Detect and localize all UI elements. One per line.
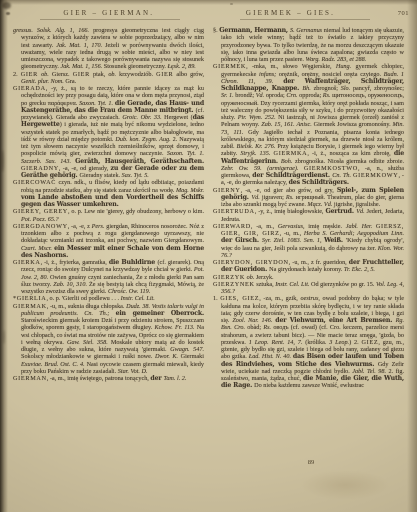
text-segment: Pir. Wym. 252.: [238, 114, 278, 121]
scan-artifact: [1, 150, 4, 172]
text-segment: der Girsch.: [221, 237, 262, 244]
text-segment: Gaw. Siel. 358.: [67, 339, 111, 346]
text-segment: , -i, ż., nosząca za kim zbroię,: [307, 150, 394, 157]
headword: GIERTRUDA: [213, 208, 255, 215]
text-segment: Herba S. Gerhardi; Aegopodium Linn.: [304, 230, 404, 237]
dictionary-entry: GIERMAK, -u, m., suknia długa chłopska. …: [13, 303, 204, 376]
text-segment: Ład. Hist. N. 40.: [249, 353, 293, 360]
text-segment: Zebr. Ow. 59. (armigerae).: [221, 165, 304, 172]
headword: GIERMEK: [213, 63, 246, 70]
headword: GIERWARD: [213, 223, 251, 230]
text-segment: Stosunek gieometryczny.: [104, 63, 168, 70]
text-segment: Crn.: [286, 92, 299, 99]
page-number: 701: [377, 10, 409, 17]
headword: *GIERLIA: [13, 295, 46, 302]
headword: GIES, GIEZ: [220, 295, 259, 302]
text-segment: Zab. 15, 161. Anisc.: [261, 121, 313, 128]
text-segment: Kchow. Fr. 113.: [154, 324, 196, 331]
text-segment: obàd;: [247, 324, 263, 331]
text-segment: gressus. Solsk. Alg. 1, 166.: [13, 27, 93, 34]
text-segment: Rs.: [286, 194, 296, 201]
text-segment: brondž;: [235, 92, 256, 99]
text-segment: Mącz. Vd.: [307, 201, 333, 208]
text-segment: Warg. Radz. 283, et 288.: [305, 56, 366, 63]
dictionary-entry: GIERKA, -i, ż., fryierka, gamratka, die …: [13, 259, 204, 295]
text-segment: Jerzyk.: [256, 274, 274, 281]
sheet-signature: 89: [296, 459, 326, 466]
text-segment: ) 2.: [349, 339, 361, 346]
headword: GIERMKOSTWO: [304, 165, 358, 172]
text-segment: S. Germanus: [290, 27, 324, 34]
text-segment: albo grów,: [173, 71, 204, 78]
headword: GIERZYNEK: [213, 281, 255, 288]
text-segment: , -i, ż., fryierka, gamratka,: [41, 259, 109, 266]
text-segment: Pot. Pocz. 65.?: [21, 216, 59, 223]
text-segment: Hergewet (: [164, 114, 193, 121]
scanned-dictionary-page: GIER – GIERMAN. GIERMEK – GIES. 701 gres…: [0, 0, 417, 512]
text-segment: jigraven;: [262, 194, 286, 201]
dictionary-entry: GIERZYNEK sztuka, Instr. Cel. Lit. Od gi…: [213, 281, 404, 296]
header-rule-right: [240, 19, 370, 20]
header-range-left: GIER – GIERMAN.: [14, 9, 204, 17]
text-segment: zbrognoška. Niosła giermka odbite zbroie…: [295, 158, 404, 165]
dictionary-entry: GIERTRUDA, -y, ż., imię białogłowskie, G…: [213, 208, 404, 223]
dictionary-entry: GIERYDON, GIRYDON, -u, m., z fr. guerido…: [213, 259, 404, 274]
text-segment: , -u, m., z fr. gueridon,: [289, 259, 349, 266]
text-segment: vom Lande abstoßen und den Vordertheil d…: [21, 194, 204, 208]
scan-edge-left: [0, 0, 8, 512]
text-segment: Geräth, Hausgeräth, Geräthschaften.: [75, 158, 204, 165]
dictionary-entry: GIERADA, -y, ż., są to te rzeczy, które …: [13, 85, 204, 179]
headword: GIERMAN: [13, 375, 47, 382]
text-segment: Sokolscy młodziankowie w giermaki i ruśk…: [21, 353, 155, 360]
headword: GIER: [73, 71, 90, 78]
text-segment: Boh.: [281, 158, 295, 165]
text-segment: Zool. Nar. 146.: [232, 317, 275, 324]
dictionary-entry: 1. GIES, GIEZ, -za, m., gzik, oestrus, o…: [213, 295, 404, 389]
scan-artifact: [3, 330, 5, 344]
text-segment: 3 Leop.: [329, 339, 349, 346]
text-segment: Vd.: [256, 92, 266, 99]
text-segment: Slo.: [341, 85, 353, 92]
text-segment: der Schildträgerdienst.: [252, 172, 332, 179]
text-segment: der: [150, 375, 163, 382]
text-segment: jigrishe, jigralishe.: [334, 201, 380, 208]
text-segment: Zab. 10, 310.: [53, 281, 89, 288]
text-segment: , o. p. 'Gierlii od podlewu . . .: [46, 295, 120, 302]
text-segment: Giermek Jowisza gromonośny.: [314, 121, 393, 128]
headword: GIER: [21, 71, 38, 78]
dictionary-entry: GIERGDANOWY, -a, -e, z Pers. giergdan, R…: [13, 223, 204, 259]
text-segment: die Buhldirne: [109, 259, 158, 266]
text-segment: Cn. Th.: [332, 172, 353, 179]
headword: GIERADNY: [21, 165, 59, 172]
text-segment: Exuviae. Brud. Ost. C. 4.: [21, 361, 87, 368]
text-segment: Do nieba każdemu zawsze Wniść, ewlustrac: [254, 382, 364, 389]
text-segment: Jabł. Her.: [346, 223, 376, 230]
text-segment: Germann, Hermann,: [219, 27, 290, 34]
text-segment: infans;: [259, 71, 279, 78]
scan-edge-top: [0, 0, 417, 5]
text-segment: Jak. Mat. 1, 170.: [56, 42, 105, 49]
text-segment: ein gemeiner Oberrock.: [116, 310, 204, 317]
text-segment: Mag. Mskr.: [176, 187, 204, 194]
text-segment: Tam. l. 2.: [163, 375, 186, 382]
headword: GIERYDON, GIRYDON: [213, 259, 289, 266]
text-segment: Gra.: [65, 78, 76, 85]
text-segment: sztuka,: [255, 281, 276, 288]
headword: GIERADA: [13, 85, 46, 92]
text-segment: ob.: [245, 274, 256, 281]
text-segment: oestrus,: [300, 295, 322, 302]
text-segment: Jabł. Tel. 98.: [352, 368, 388, 375]
text-segment: imię męskie.: [308, 223, 346, 230]
dictionary-entry: *GIERLIA, o. p. 'Gierlii od podlewu . . …: [13, 295, 204, 302]
text-segment: opproda;: [299, 92, 323, 99]
text-segment: Sax. Tyt. 5.: [122, 172, 149, 179]
text-segment: Hung.: [336, 63, 356, 70]
text-segment: (królika.: [305, 339, 329, 346]
text-segment: Syr. Ziel. 1083. Sen. 1,: [262, 237, 324, 244]
dictionary-entry: GIERCOWAĆ czyn. ndk., u flisów, kiedy od…: [13, 179, 204, 208]
text-segment: Star. Vot. D.: [118, 368, 148, 375]
text-segment: Czart. Mscr.: [21, 245, 54, 252]
text-segment: der Viehwurm, eine Art Bremsen.: [275, 317, 395, 324]
left-column: gressus. Solsk. Alg. 1, 166. progresya g…: [13, 27, 204, 390]
text-segment: , -a, -e, od gier abo grów, od gry,: [241, 187, 337, 194]
dictionary-entry: GIERWARD, -a, m., Gervasius, imię męskie…: [213, 223, 404, 259]
dictionary-entry: GIERNY, -a, -e, od gier abo grów, od gry…: [213, 187, 404, 209]
text-segment: Od gierzynków po gr. 15.: [311, 281, 376, 288]
running-header: GIER – GIERMAN. GIERMEK – GIES. 701: [14, 7, 409, 19]
text-segment: 2.: [13, 71, 21, 78]
headword: GIERMAK: [13, 303, 47, 310]
headword: GIERMKA: [274, 150, 308, 157]
text-segment: , -za, m., gzik,: [259, 295, 300, 302]
headword: GIEREY, GEREY: [13, 208, 68, 215]
dictionary-entry: §. Germann, Hermann, S. Germanus niemal …: [213, 27, 404, 63]
text-segment: Bielsk. Kr. 276.: [237, 143, 278, 150]
text-segment: Giersz.: [52, 71, 73, 78]
text-segment: ob.: [38, 71, 52, 78]
header-rule-left: [40, 19, 180, 20]
text-segment: , -y, ż., imię białogłowskie,: [255, 208, 326, 215]
text-segment: Vd.: [251, 194, 262, 201]
header-range-right: GIERMEK – GIES.: [204, 9, 378, 17]
dictionary-entry: GIEREY, GEREY, o. p. Lew nie 'gierey, gd…: [13, 208, 204, 223]
text-segment: des Schildträgers.: [289, 179, 349, 186]
text-segment: ob.: [108, 71, 119, 78]
dictionary-entry: gressus. Solsk. Alg. 1, 166. progresya g…: [13, 27, 204, 71]
text-segment: Saxon. Tyt. 1.: [79, 100, 115, 107]
dictionary-entry: 2. GIER ob. Giersz. GIER ptak, ob. krzyw…: [13, 71, 204, 86]
text-segment: Dub. kon. Zygm. Aug.: [115, 136, 172, 143]
paper-stain: [300, 470, 390, 500]
text-segment: Jak. Mat. 1, 156.: [60, 63, 103, 70]
text-segment: , -u, m., suknia długa chłopska.: [47, 303, 126, 310]
text-segment: Groic. Obr. 33.: [122, 114, 164, 121]
scan-edge-right: [407, 0, 417, 512]
dictionary-entry: GIERMEK, -mka, m., słowo Węgierskie, Hun…: [213, 63, 404, 186]
text-segment: Gwagn. 547.: [170, 346, 204, 353]
text-segment: orężnik, orężny, nosiciel oręża czyiego.: [279, 71, 384, 78]
text-segment: Łęsk. 2, 89.: [167, 63, 195, 70]
text-segment: , -mka, m., słowo Węgierskie,: [246, 63, 336, 70]
dictionary-entry: GIERZYK ob. Jerzyk.: [213, 274, 404, 281]
text-segment: Dwor. K.: [155, 353, 181, 360]
text-segment: Chrośc. Ow. 119.: [108, 288, 150, 295]
headword: GIERZYK: [213, 274, 245, 281]
text-segment: Sr. 1.: [221, 92, 235, 99]
text-segment: krzywodziób.: [119, 71, 156, 78]
right-column: §. Germann, Hermann, S. Germanus niemal …: [213, 27, 404, 390]
headword: GIERMKOWY: [353, 172, 398, 179]
headword: GIERKA: [13, 259, 41, 266]
headword: GIERNY: [213, 187, 241, 194]
text-segment: Giermaki: [181, 353, 204, 360]
text-segment: Tr. Ekc. 2, 5.: [344, 266, 375, 273]
text-segment: , -a, m., imię świętego, patrona tonącyc…: [47, 375, 151, 382]
text-segment: Gieradny statek.: [80, 172, 122, 179]
scan-artifact: [6, 12, 10, 15]
text-segment: Rs.: [263, 324, 273, 331]
text-segment: zbrognoš;: [314, 85, 341, 92]
text-segment: Genit. plur. Nom.: [21, 78, 65, 85]
text-segment: oproda;: [266, 92, 287, 99]
text-segment: , o. p. Lew nie 'gierey, gdy obudzony, h…: [68, 208, 204, 215]
text-segment: Stryjk. 135.: [240, 150, 273, 157]
text-segment: Na girydonach leżały korony.: [269, 266, 344, 273]
text-segment: , -a, -e, od gierady,: [59, 165, 111, 172]
headword: GIER: [156, 71, 173, 78]
text-segment: , -u, m.,: [280, 230, 304, 237]
text-segment: , -a, m.,: [251, 223, 278, 230]
text-segment: Instr. Cel. Lit.: [275, 281, 311, 288]
text-columns: gressus. Solsk. Alg. 1, 166. progresya g…: [13, 27, 405, 390]
text-segment: Pers.: [92, 223, 107, 230]
scan-artifact: [2, 2, 11, 9]
headword: GIEZ: [362, 339, 379, 346]
text-segment: pancyř, zbroynošec;: [353, 85, 404, 92]
text-segment: Gervasius,: [278, 223, 308, 230]
text-segment: Rs.: [323, 92, 332, 99]
text-segment: Instr. Cel. Lit.: [121, 295, 155, 302]
text-segment: Gertrud.: [325, 208, 356, 215]
headword: GIERCOWAĆ: [13, 179, 56, 186]
dictionary-entry: GIERMAN, -a, m., imię świętego, patrona …: [13, 375, 204, 382]
text-segment: Bh.: [302, 85, 313, 92]
text-segment: Vd.: [356, 208, 366, 215]
headword: GIERGDANOWY: [13, 223, 68, 230]
scan-artifact: [230, 3, 233, 5]
text-segment: ptak,: [90, 71, 108, 78]
text-segment: 1 Leop. Rent. 14, 7.: [249, 339, 306, 346]
text-segment: Weiß.: [324, 237, 346, 244]
text-segment: , -a, -e, z: [68, 223, 92, 230]
